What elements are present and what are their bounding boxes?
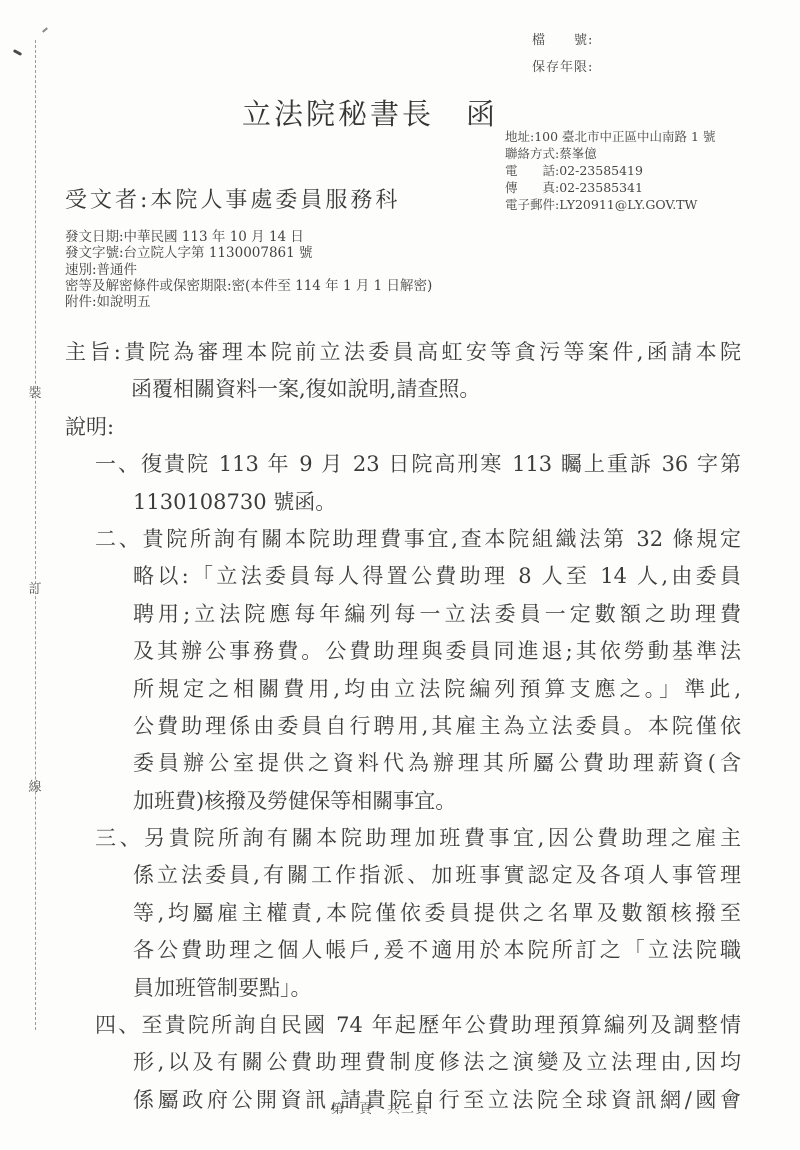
title-wrap: 立法院秘書長 函: [0, 92, 740, 133]
item2-line: 委員辦公室提供之資料代為辦理其所屬公費助理薪資(含: [133, 745, 741, 782]
document-metadata: 發文日期:中華民國 113 年 10 月 14 日 發文字號:台立院人字第 11…: [65, 229, 432, 310]
sender-phone: 電 話:02-23585419: [505, 162, 715, 179]
scan-artifact: [42, 27, 48, 32]
item2-line: 公費助理係由委員自行聘用,其雇主為立法委員。本院僅依: [133, 708, 741, 745]
document-page: 裝 訂 線 檔 號: 保存年限: 立法院秘書長 函 地址:100 臺北市中正區中…: [0, 0, 800, 1150]
item4-line: 形,以及有關公費助理費制度修法之演變及立法理由,因均: [133, 1044, 741, 1081]
sender-email: 電子郵件:LY20911@LY.GOV.TW: [505, 196, 715, 213]
item3-line: 各公費助理之個人帳戶,爰不適用於本院所訂之「立法院職: [133, 932, 741, 969]
binding-mark-zhuang: 裝: [22, 382, 48, 401]
explanation-label: 說明:: [65, 409, 741, 446]
issue-date: 發文日期:中華民國 113 年 10 月 14 日: [65, 229, 432, 245]
item3-line: 員加班管制要點」。: [133, 970, 741, 1007]
item3-line: 等,均屬雇主權責,本院僅依委員提供之名單及數額核撥至: [133, 895, 741, 932]
item2-line: 及其辦公事務費。公費助理與委員同進退;其依勞動基準法: [133, 633, 741, 670]
subject-line: 函覆相關資料一案,復如說明,請查照。: [131, 371, 741, 408]
speed-class: 速別:普通件: [65, 262, 432, 278]
sender-contact-block: 地址:100 臺北市中正區中山南路 1 號 聯絡方式:蔡峯億 電 話:02-23…: [505, 128, 715, 213]
item3-line: 三、另貴院所詢有關本院助理加班費事宜,因公費助理之雇主: [95, 820, 741, 857]
security-class: 密等及解密條件或保密期限:密(本件至 114 年 1 月 1 日解密): [65, 278, 432, 294]
scan-artifact: [13, 49, 22, 56]
letter-body: 主旨:貴院為審理本院前立法委員高虹安等貪污等案件,函請本院 函覆相關資料一案,復…: [65, 334, 741, 1119]
page-number-footer: 第一頁 共二頁: [0, 1098, 760, 1117]
item2-line: 所規定之相關費用,均由立法院編列預算支應之。」準此,: [133, 671, 741, 708]
attachment-note: 附件:如說明五: [65, 294, 432, 310]
sender-fax: 傳 真:02-23585341: [505, 179, 715, 196]
binding-mark-ding: 訂: [22, 578, 48, 597]
item3-line: 係立法委員,有關工作指派、加班事實認定及各項人事管理: [133, 857, 741, 894]
document-title: 立法院秘書長 函: [0, 92, 740, 133]
item1-line: 1130108730 號函。: [133, 484, 741, 521]
recipient-line: 受文者:本院人事處委員服務科: [65, 183, 400, 214]
item2-line: 二、貴院所詢有關本院助理費事宜,查本院組織法第 32 條規定: [95, 521, 741, 558]
file-number-label: 檔 號:: [532, 27, 593, 54]
sender-contact-person: 聯絡方式:蔡峯億: [505, 145, 715, 162]
binding-dashed-line: [35, 40, 36, 1030]
retention-period-label: 保存年限:: [532, 54, 593, 81]
item2-line: 略以:「立法委員每人得置公費助理 8 人至 14 人,由委員: [133, 558, 741, 595]
item2-line: 聘用;立法院應每年編列每一立法委員一定數額之助理費: [133, 596, 741, 633]
subject-line: 主旨:貴院為審理本院前立法委員高虹安等貪污等案件,函請本院: [65, 334, 741, 371]
issue-number: 發文字號:台立院人字第 1130007861 號: [65, 245, 432, 261]
sender-address: 地址:100 臺北市中正區中山南路 1 號: [505, 128, 715, 145]
item4-line: 四、至貴院所詢自民國 74 年起歷年公費助理預算編列及調整情: [95, 1007, 741, 1044]
item1-line: 一、復貴院 113 年 9 月 23 日院高刑寒 113 矚上重訴 36 字第: [95, 446, 741, 483]
file-number-block: 檔 號: 保存年限:: [532, 27, 593, 81]
item2-line: 加班費)核撥及勞健保等相關事宜。: [133, 783, 741, 820]
binding-mark-xian: 線: [22, 776, 48, 795]
